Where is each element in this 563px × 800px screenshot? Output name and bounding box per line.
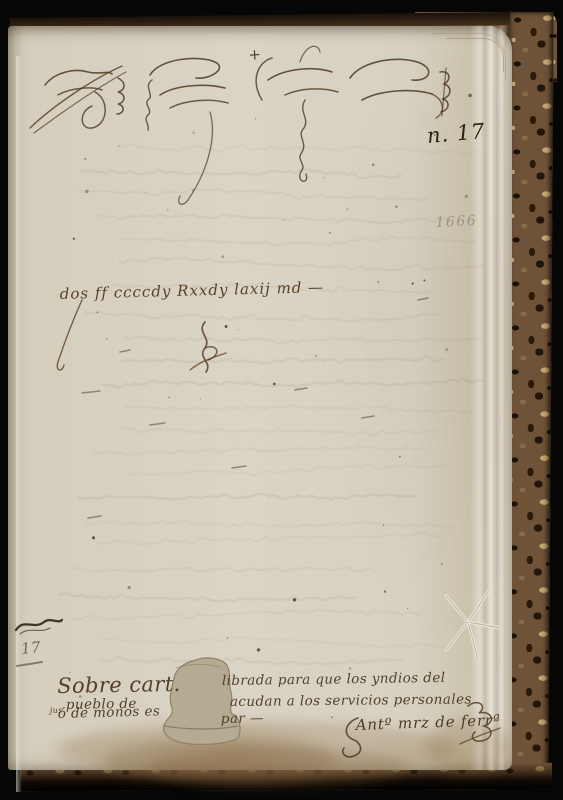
manuscript-scan: + n. 17 1666 17 dos ff ccccdy Rxxdy laxi… xyxy=(0,0,563,800)
file-number-label: n. 17 xyxy=(426,119,486,148)
docket-initial: Sobre cart. xyxy=(57,672,181,698)
invocation-cross: + xyxy=(248,45,262,64)
folio-number: 17 xyxy=(20,638,42,658)
top-signature-3 xyxy=(256,46,338,181)
docket-line1-end: librada para que los yndios del xyxy=(222,670,446,689)
repair-patch xyxy=(164,658,240,744)
docket-line3-end: par — xyxy=(221,710,264,727)
fee-note-rubric xyxy=(57,300,226,372)
top-signature-2 xyxy=(146,58,228,204)
docket-line2-end: acudan a los servicios personales xyxy=(230,691,472,710)
top-signature-1 xyxy=(30,66,126,133)
year-annotation: 1666 xyxy=(435,213,477,231)
top-signature-4 xyxy=(350,59,450,118)
margin-ink-smudge xyxy=(16,620,62,634)
paper-crease-star xyxy=(446,592,500,660)
docket-line3-start: ó de monos es xyxy=(58,703,161,722)
